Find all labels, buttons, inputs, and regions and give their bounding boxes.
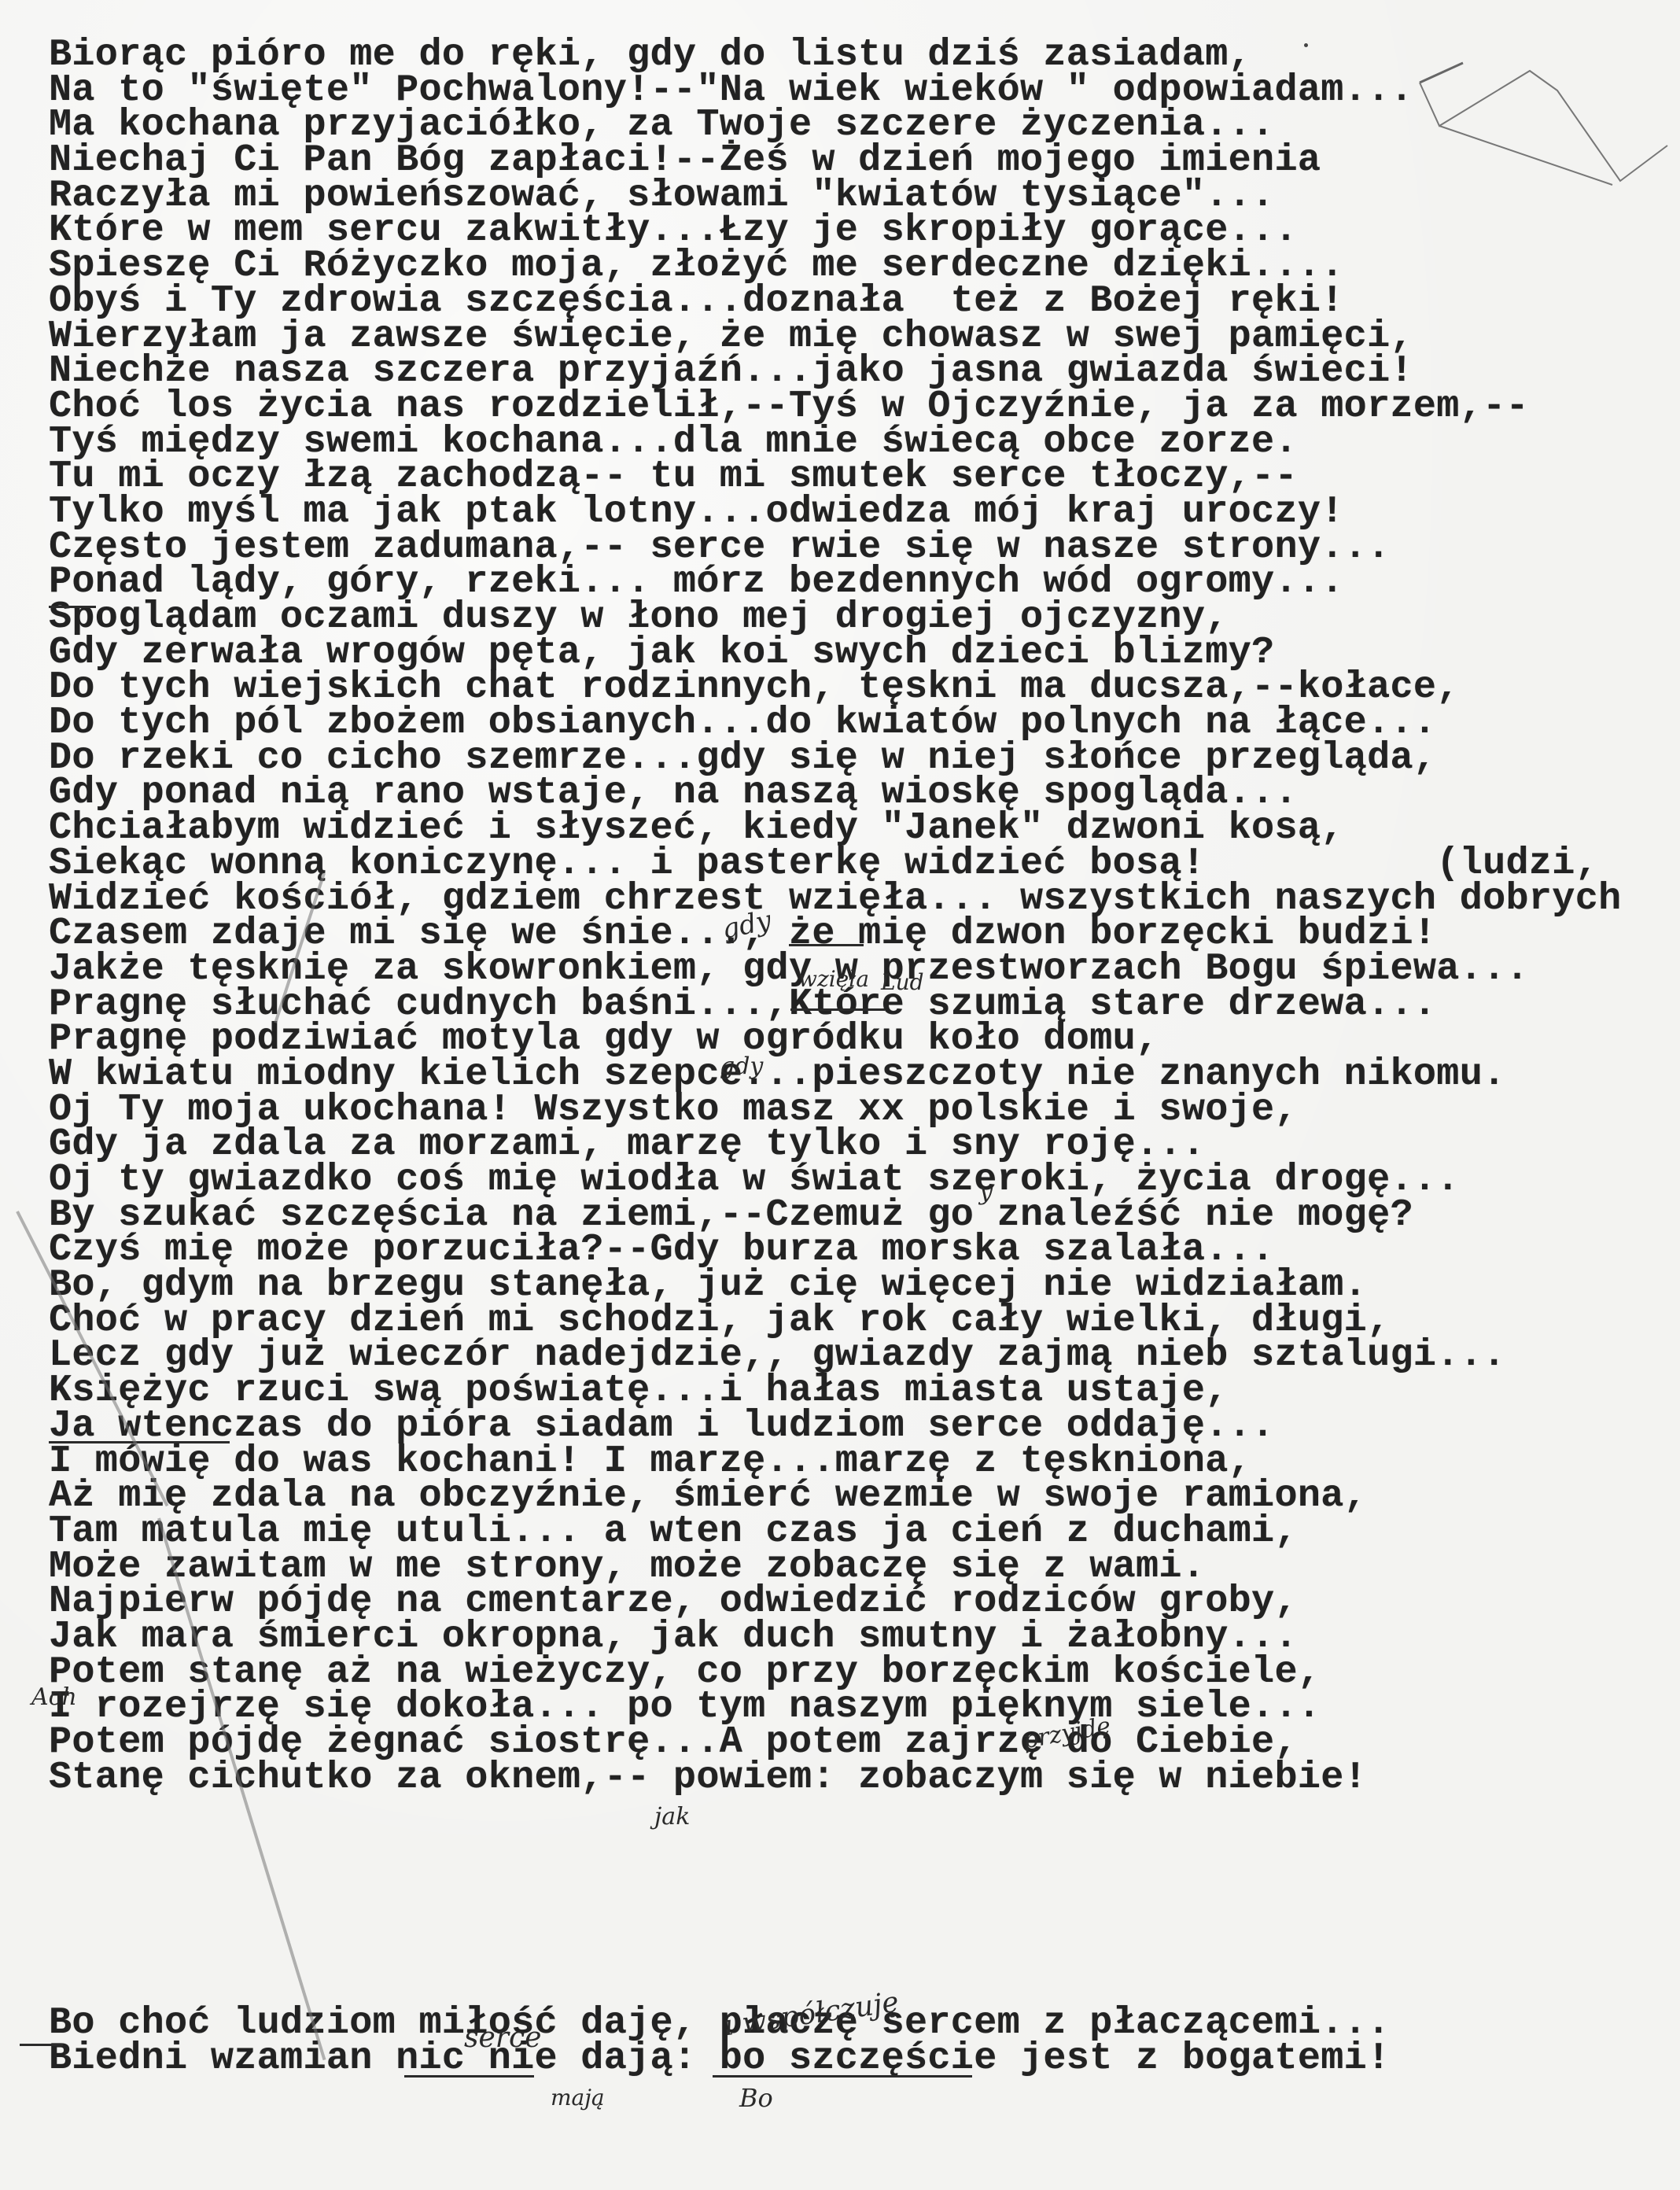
handwritten-note: wzięła — [798, 966, 869, 992]
text-line: Oj ty gwiazdko coś mię wiodła w świat sz… — [49, 1163, 1622, 1198]
text-line: Biorąc pióro me do ręki, gdy do listu dz… — [49, 38, 1622, 73]
text-line: W kwiatu miodny kielich szepce...pieszcz… — [49, 1057, 1622, 1093]
strikethrough-mark — [789, 944, 864, 946]
closing-couplet: Bo choć ludziom miłość daję, płaczę serc… — [49, 2006, 1390, 2076]
underline-mark — [49, 1441, 230, 1443]
strikethrough-mark — [790, 1008, 885, 1011]
text-line: Biedni wzamian nic nie dają: bo szczęści… — [49, 2041, 1390, 2077]
text-line: Potem pójdę żegnać siostrę...A potem zaj… — [49, 1725, 1622, 1760]
handwritten-note: mają — [551, 2085, 605, 2111]
text-line: Ja wtenczas do pióra siadam i ludziom se… — [49, 1409, 1622, 1444]
ink-speck — [1304, 43, 1308, 47]
text-line: Siekąc wonną koniczynę... i pasterkę wid… — [49, 846, 1622, 882]
paper-sheet: Biorąc pióro me do ręki, gdy do listu dz… — [0, 0, 1680, 2190]
handwritten-note: y — [979, 1178, 993, 1206]
text-line: Bo choć ludziom miłość daję, płaczę serc… — [49, 2006, 1390, 2041]
handwritten-note: Ach — [31, 1683, 77, 1711]
text-line: Spoglądam oczami duszy w łono mej drogie… — [49, 600, 1622, 636]
handwritten-note: Bo — [739, 2083, 773, 2113]
handwritten-note: gdy — [720, 1053, 763, 1080]
handwritten-note: Lud — [881, 969, 924, 995]
text-line: Obyś i Ty zdrowia szczęścia...doznała te… — [49, 284, 1622, 319]
strikethrough-mark — [404, 2075, 534, 2078]
text-line: Choć los życia nas rozdzielił,--Tyś w Oj… — [49, 389, 1622, 425]
text-line: Tylko myśl ma jak ptak lotny...odwiedza … — [49, 495, 1622, 530]
handwritten-note: serce — [464, 2022, 541, 2054]
text-line: Jak mara śmierci okropna, jak duch smutn… — [49, 1620, 1622, 1655]
folded-corner-mark — [1416, 47, 1680, 205]
text-line: Stanę cichutko za oknem,-- powiem: zobac… — [49, 1760, 1622, 1796]
underline-mark — [20, 2044, 63, 2046]
handwritten-note: jak — [654, 1803, 690, 1831]
text-line: Tam matula mię utuli... a wten czas ja c… — [49, 1514, 1622, 1550]
typewritten-text: Biorąc pióro me do ręki, gdy do listu dz… — [49, 38, 1622, 1795]
strikethrough-mark — [713, 2075, 972, 2078]
underline-mark — [49, 606, 96, 608]
